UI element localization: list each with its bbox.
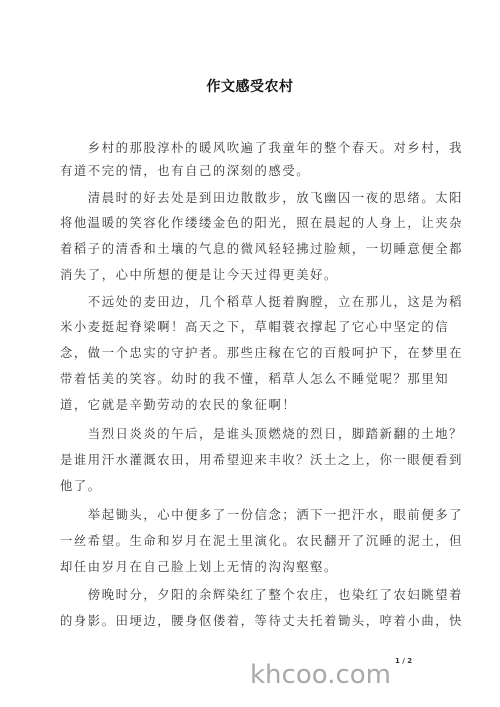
text-line: 道，它就是辛勤劳动的农民的象征啊！ — [60, 398, 440, 412]
text-line: 清晨时的好去处是到田边散散步，放飞幽囚一夜的思绪。太阳 — [60, 191, 440, 205]
text-line: 带着恬美的笑容。幼时的我不懂，稻草人怎么不睡觉呢？那里知 — [60, 372, 440, 386]
text-line: 举起锄头，心中便多了一份信念；洒下一把汗水，眼前便多了 — [60, 508, 440, 522]
text-line: 的身影。田埂边，腰身伛偻着，等待丈夫托着锄头，哼着小曲，快 — [60, 614, 440, 628]
text-line: 着稻子的清香和土壤的气息的微风轻轻拂过脸颊，一切睡意便全都 — [60, 242, 440, 256]
document-title: 作文感受农村 — [0, 76, 500, 96]
text-line: 将他温暖的笑容化作缕缕金色的阳光，照在晨起的人身上，让夹杂 — [60, 216, 440, 230]
text-line: 念，做一个忠实的守护者。那些庄稼在它的百般呵护下，在梦里在 — [60, 346, 440, 360]
text-line: 米小麦挺起脊梁啊！高天之下，草帽蓑衣撑起了它心中坚定的信 — [60, 320, 440, 334]
watermark-text: khcoo.com — [250, 660, 391, 690]
text-line: 消失了，心中所想的便是让今天过得更美好。 — [60, 268, 440, 282]
page-number: 1 / 2 — [395, 657, 412, 665]
text-line: 一丝希望。生命和岁月在泥土里演化。农民翻开了沉睡的泥土，但 — [60, 534, 440, 548]
text-line: 当烈日炎炎的午后，是谁头顶燃烧的烈日，脚踏新翻的土地？ — [60, 427, 440, 441]
text-line: 不远处的麦田边，几个稻草人挺着胸膛，立在那儿，这是为稻 — [60, 295, 440, 309]
text-line: 傍晚时分，夕阳的余辉染红了整个农庄，也染红了农妇眺望着 — [60, 588, 440, 602]
text-line: 乡村的那股淳朴的暖风吹遍了我童年的整个春天。对乡村，我 — [60, 141, 440, 155]
text-line: 是谁用汗水灌溉农田，用希望迎来丰收？沃土之上，你一眼便看到 — [60, 453, 440, 467]
text-line: 他了。 — [60, 479, 440, 493]
text-line: 有道不完的情，也有自己的深刻的感受。 — [60, 164, 440, 178]
text-line: 却任由岁月在自己脸上划上无情的沟沟壑壑。 — [60, 560, 440, 574]
